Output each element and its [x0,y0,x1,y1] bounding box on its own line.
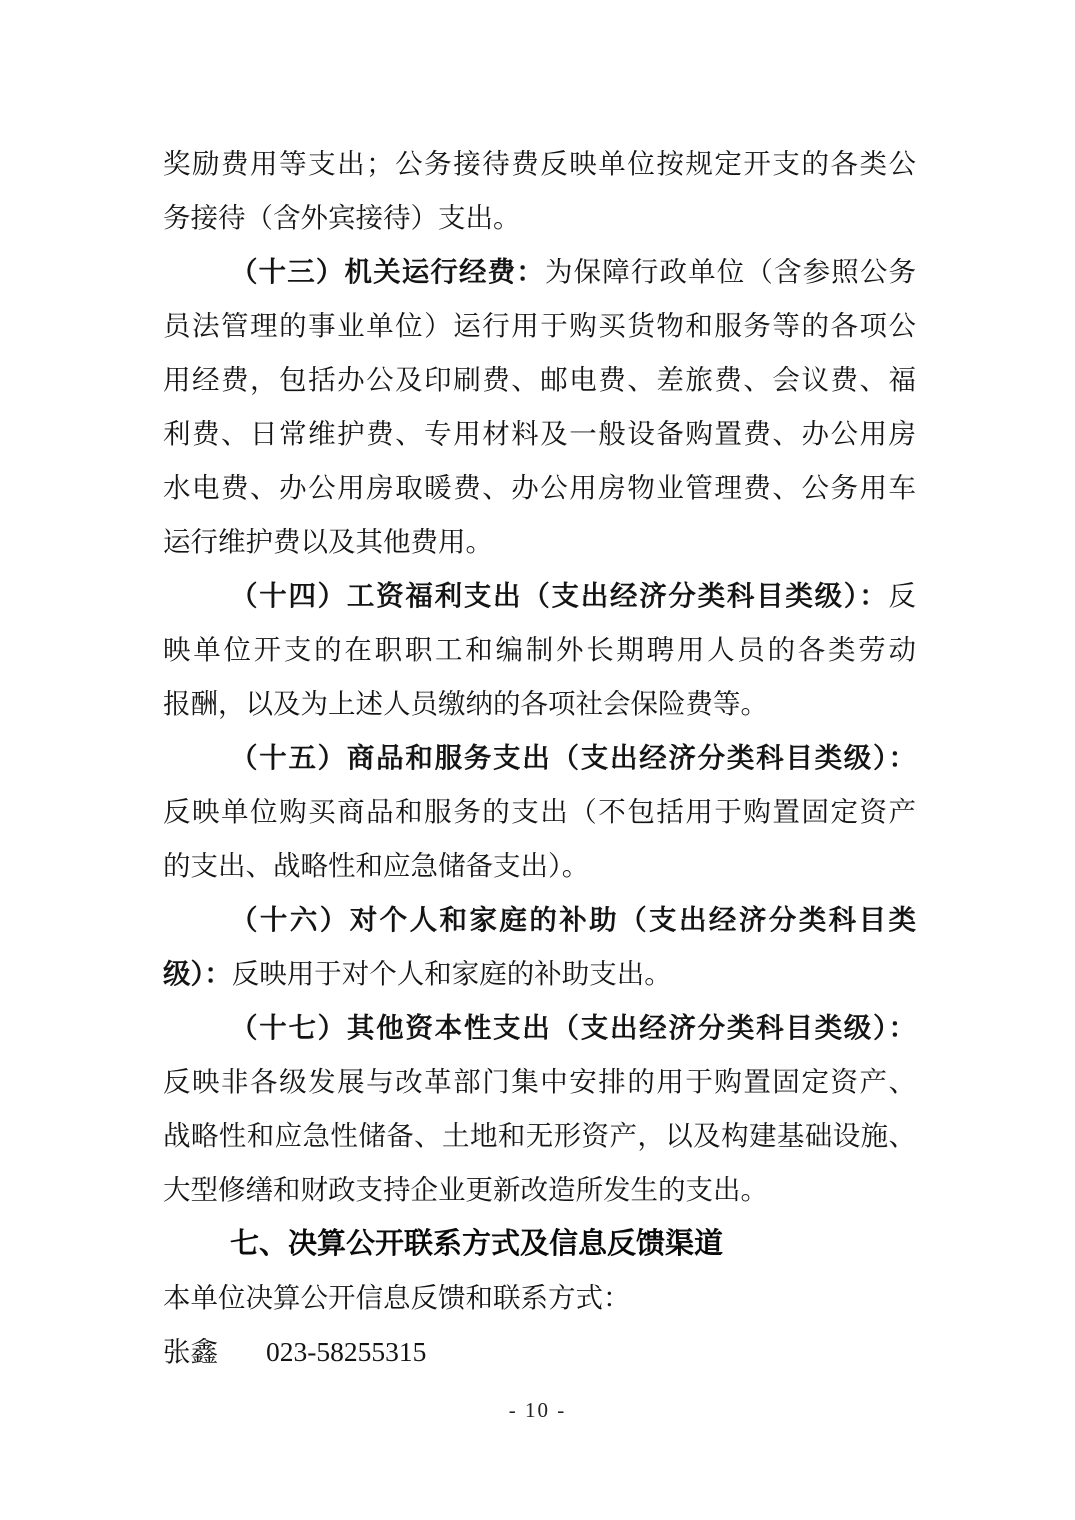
page-number: - 10 - [0,1398,1075,1423]
text-segment: 反映非各级发展与改革部门集中安排的用于购置固定资产、 [163,1066,916,1097]
text-segment: 用经费，包括办公及印刷费、邮电费、差旅费、会议费、福 [163,364,916,395]
body-line-06: 利费、日常维护费、专用材料及一般设备购置费、办公用房 [163,407,916,461]
text-segment: 的支出、战略性和应急储备支出）。 [163,850,589,881]
body-line-10: 映单位开支的在职职工和编制外长期聘用人员的各类劳动 [163,623,916,677]
text-segment: （十三）机关运行经费： [230,256,545,287]
body-line-13: 反映单位购买商品和服务的支出（不包括用于购置固定资产 [163,785,916,839]
text-segment: 反 [889,580,917,611]
body-line-07: 水电费、办公用房取暖费、办公用房物业管理费、公务用车 [163,461,916,515]
body-line-19: 战略性和应急性储备、土地和无形资产，以及构建基础设施、 [163,1109,916,1163]
body-line-17: （十七）其他资本性支出（支出经济分类科目类级）： [163,1001,916,1055]
section-heading-7: 七、决算公开联系方式及信息反馈渠道 [163,1217,916,1271]
text-segment: 员法管理的事业单位）运行用于购买货物和服务等的各项公 [163,310,916,341]
body-line-03: （十三）机关运行经费：为保障行政单位（含参照公务 [163,245,916,299]
body-line-01: 奖励费用等支出；公务接待费反映单位按规定开支的各类公 [163,137,916,191]
text-segment: 利费、日常维护费、专用材料及一般设备购置费、办公用房 [163,418,916,449]
contact-person-name: 张鑫 [163,1336,218,1367]
text-segment: 运行维护费以及其他费用。 [163,526,493,557]
body-line-14: 的支出、战略性和应急储备支出）。 [163,839,916,893]
document-page: 奖励费用等支出；公务接待费反映单位按规定开支的各类公务接待（含外宾接待）支出。（… [0,0,1075,1520]
text-segment: （十七）其他资本性支出（支出经济分类科目类级）： [230,1012,916,1043]
text-segment: 奖励费用等支出；公务接待费反映单位按规定开支的各类公 [163,148,916,179]
text-segment: 级）： [163,958,232,989]
body-line-09: （十四）工资福利支出（支出经济分类科目类级）：反 [163,569,916,623]
body-line-16: 级）：反映用于对个人和家庭的补助支出。 [163,947,916,1001]
body-line-18: 反映非各级发展与改革部门集中安排的用于购置固定资产、 [163,1055,916,1109]
text-segment: 务接待（含外宾接待）支出。 [163,202,521,233]
text-segment: 本单位决算公开信息反馈和联系方式： [163,1282,631,1313]
text-segment: 反映单位购买商品和服务的支出（不包括用于购置固定资产 [163,796,916,827]
contact-line: 张鑫023-58255315 [163,1325,916,1379]
body-line-15: （十六）对个人和家庭的补助（支出经济分类科目类 [163,893,916,947]
text-segment: （十六）对个人和家庭的补助（支出经济分类科目类 [230,904,916,935]
body-line-02: 务接待（含外宾接待）支出。 [163,191,916,245]
body-line-04: 员法管理的事业单位）运行用于购买货物和服务等的各项公 [163,299,916,353]
text-segment: 为保障行政单位（含参照公务 [545,256,916,287]
document-body: 奖励费用等支出；公务接待费反映单位按规定开支的各类公务接待（含外宾接待）支出。（… [163,137,916,1379]
body-line-11: 报酬，以及为上述人员缴纳的各项社会保险费等。 [163,677,916,731]
text-segment: 战略性和应急性储备、土地和无形资产，以及构建基础设施、 [163,1120,916,1151]
contact-phone-number: 023-58255315 [266,1336,426,1367]
text-segment: （十四）工资福利支出（支出经济分类科目类级）： [230,580,889,611]
body-line-20: 大型修缮和财政支持企业更新改造所发生的支出。 [163,1163,916,1217]
text-segment: 水电费、办公用房取暖费、办公用房物业管理费、公务用车 [163,472,916,503]
body-line-22: 本单位决算公开信息反馈和联系方式： [163,1271,916,1325]
body-line-12: （十五）商品和服务支出（支出经济分类科目类级）： [163,731,916,785]
body-line-05: 用经费，包括办公及印刷费、邮电费、差旅费、会议费、福 [163,353,916,407]
text-segment: 映单位开支的在职职工和编制外长期聘用人员的各类劳动 [163,634,916,665]
text-segment: （十五）商品和服务支出（支出经济分类科目类级）： [230,742,916,773]
text-segment: 大型修缮和财政支持企业更新改造所发生的支出。 [163,1174,768,1205]
text-segment: 报酬，以及为上述人员缴纳的各项社会保险费等。 [163,688,768,719]
body-line-08: 运行维护费以及其他费用。 [163,515,916,569]
text-segment: 七、决算公开联系方式及信息反馈渠道 [230,1228,723,1260]
text-segment: 反映用于对个人和家庭的补助支出。 [232,958,672,989]
